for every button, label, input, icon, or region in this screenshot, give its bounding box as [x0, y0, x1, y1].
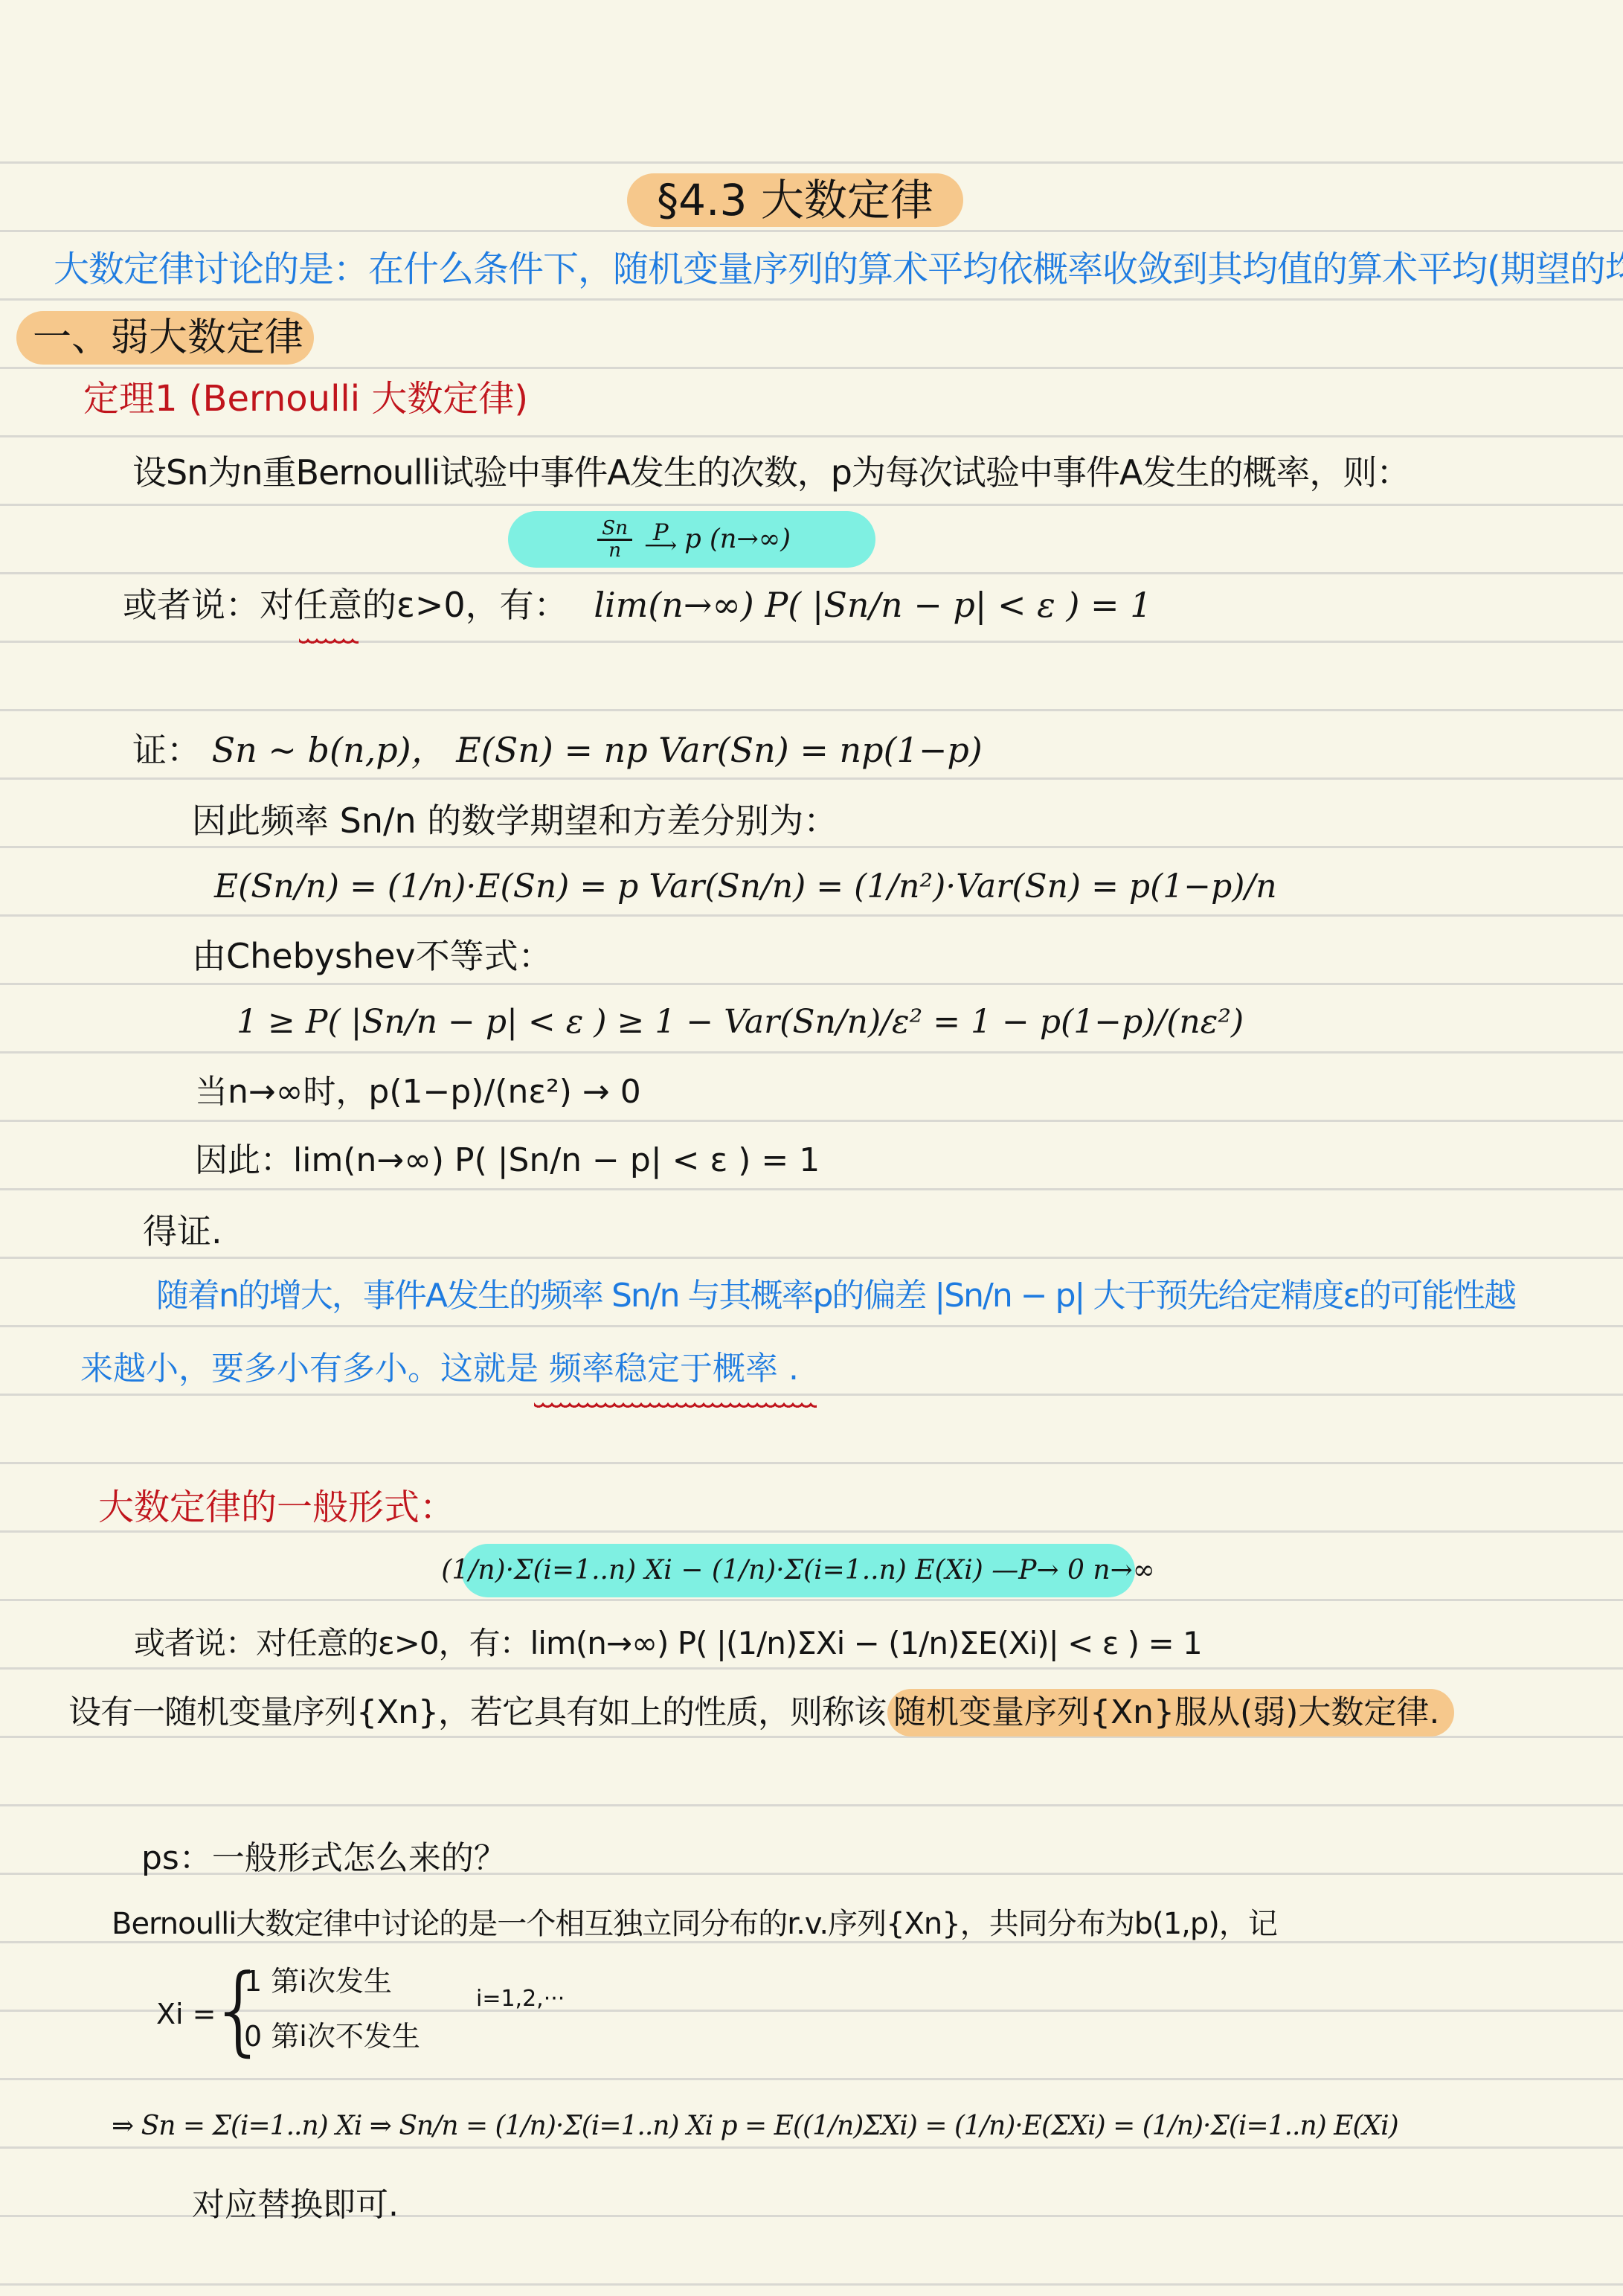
red-squiggle-underline	[299, 638, 359, 646]
rule-line	[0, 435, 1623, 437]
proof-line-3: E(Sn/n) = (1/n)·E(Sn) = p Var(Sn/n) = (1…	[214, 870, 1277, 903]
rule-line	[0, 641, 1623, 643]
proof-label: 证：	[132, 730, 201, 770]
ps-conclusion: 对应替换即可.	[192, 2189, 399, 2222]
rule-line	[0, 777, 1623, 780]
fraction-sn-over-n: Sn n	[597, 519, 632, 560]
theorem1-label: 定理1 (Bernoulli 大数定律)	[83, 381, 528, 417]
rule-line	[0, 914, 1623, 917]
rule-line	[0, 1941, 1623, 1943]
rule-line	[0, 1120, 1623, 1122]
page-title: §4.3 大数定律	[627, 173, 963, 227]
xi-index: i=1,2,···	[476, 1988, 565, 2010]
formula-rhs: p (n→∞)	[684, 526, 791, 552]
red-squiggle-underline	[534, 1402, 817, 1410]
rule-line	[0, 2146, 1623, 2149]
equivalent-formula: lim(n→∞) P( |Sn/n − p| < ε ) = 1	[594, 585, 1151, 625]
rule-line	[0, 709, 1623, 711]
theorem1-equivalent: 或者说：对任意的ε>0，有： lim(n→∞) P( |Sn/n − p| < …	[123, 588, 1151, 622]
rule-line	[0, 2283, 1623, 2286]
rule-line	[0, 846, 1623, 848]
rule-line	[0, 230, 1623, 232]
convergence-arrow: P ⟶	[644, 522, 677, 557]
xi-case-0: 0 第i次不发生	[244, 2022, 420, 2050]
general-form-equivalent: 或者说：对任意的ε>0，有：lim(n→∞) P( |(1/n)ΣXi − (1…	[134, 1628, 1202, 1659]
proof-line-4: 由Chebyshev不等式：	[192, 939, 553, 973]
remark-prefix: 来越小，要多小有多小。这就是	[80, 1350, 539, 1388]
page-title-text: §4.3 大数定律	[657, 179, 933, 222]
rule-line	[0, 1257, 1623, 1259]
remark-emphasis: 频率稳定于概率	[549, 1350, 778, 1388]
equivalent-prefix: 或者说：对任意的ε>0，有：	[123, 585, 568, 625]
fraction-numerator: Sn	[597, 519, 632, 540]
rule-line	[0, 1394, 1623, 1396]
remark-line-2: 来越小，要多小有多小。这就是 频率稳定于概率 .	[80, 1353, 799, 1385]
general-form-formula: (1/n)·Σ(i=1..n) Xi − (1/n)·Σ(i=1..n) E(X…	[461, 1544, 1135, 1597]
xi-case-1: 1 第i次发生	[244, 1967, 392, 1995]
rule-line	[0, 1667, 1623, 1670]
rule-line	[0, 161, 1623, 164]
ps-question: ps：一般形式怎么来的？	[141, 1842, 507, 1875]
rule-line	[0, 1462, 1623, 1464]
general-form-label: 大数定律的一般形式：	[98, 1489, 455, 1525]
ps-line-1: Bernoulli大数定律中讨论的是一个相互独立同分布的r.v.序列{Xn}，共…	[112, 1909, 1277, 1939]
remark-line-1: 随着n的增大，事件A发生的频率 Sn/n 与其概率p的偏差 |Sn/n − p|…	[156, 1280, 1515, 1312]
rule-line	[0, 504, 1623, 506]
rule-line	[0, 1530, 1623, 1533]
section-heading-text: 一、弱大数定律	[33, 318, 303, 357]
rule-line	[0, 1325, 1623, 1327]
proof-line-8: 得证.	[143, 1214, 222, 1248]
right-arrow-icon: ⟶	[644, 534, 677, 557]
definition-highlight: 随机变量序列{Xn}服从(弱)大数定律.	[887, 1689, 1454, 1737]
rule-line	[0, 1599, 1623, 1601]
general-form-definition: 设有一随机变量序列{Xn}，若它具有如上的性质，则称该 随机变量序列{Xn}服从…	[68, 1689, 1454, 1737]
definition-prefix: 设有一随机变量序列{Xn}，若它具有如上的性质，则称该	[68, 1696, 886, 1729]
remark-suffix: .	[788, 1350, 799, 1388]
section-heading-weak-lln: 一、弱大数定律	[16, 311, 314, 365]
proof-line-6: 当n→∞时，p(1−p)/(nε²) → 0	[195, 1076, 641, 1109]
rule-line	[0, 298, 1623, 301]
fraction-denominator: n	[604, 541, 626, 560]
rule-line	[0, 572, 1623, 574]
rule-line	[0, 2078, 1623, 2080]
proof-distribution: Sn ~ b(n,p)， E(Sn) = np Var(Sn) = np(1−p…	[212, 730, 983, 770]
proof-line-2: 因此频率 Sn/n 的数学期望和方差分别为：	[192, 804, 838, 838]
rule-line	[0, 1051, 1623, 1054]
proof-line-7: 因此：lim(n→∞) P( |Sn/n − p| < ε ) = 1	[195, 1144, 820, 1177]
proof-line-5: 1 ≥ P( |Sn/n − p| < ε ) ≥ 1 − Var(Sn/n)/…	[237, 1006, 1244, 1039]
rule-line	[0, 1188, 1623, 1190]
theorem1-statement: 设Sn为n重Bernoulli试验中事件A发生的次数，p为每次试验中事件A发生的…	[132, 455, 1410, 490]
rule-line	[0, 367, 1623, 369]
xi-label: Xi =	[156, 2000, 216, 2028]
intro-text: 大数定律讨论的是：在什么条件下，随机变量序列的算术平均依概率收敛到其均值的算术平…	[54, 251, 1623, 287]
rule-line	[0, 983, 1623, 985]
theorem1-formula: Sn n P ⟶ p (n→∞)	[508, 511, 875, 568]
rule-line	[0, 1804, 1623, 1806]
proof-line-1: 证： Sn ~ b(n,p)， E(Sn) = np Var(Sn) = np(…	[132, 733, 983, 767]
ps-derivation: ⇒ Sn = Σ(i=1..n) Xi ⇒ Sn/n = (1/n)·Σ(i=1…	[112, 2113, 1398, 2140]
